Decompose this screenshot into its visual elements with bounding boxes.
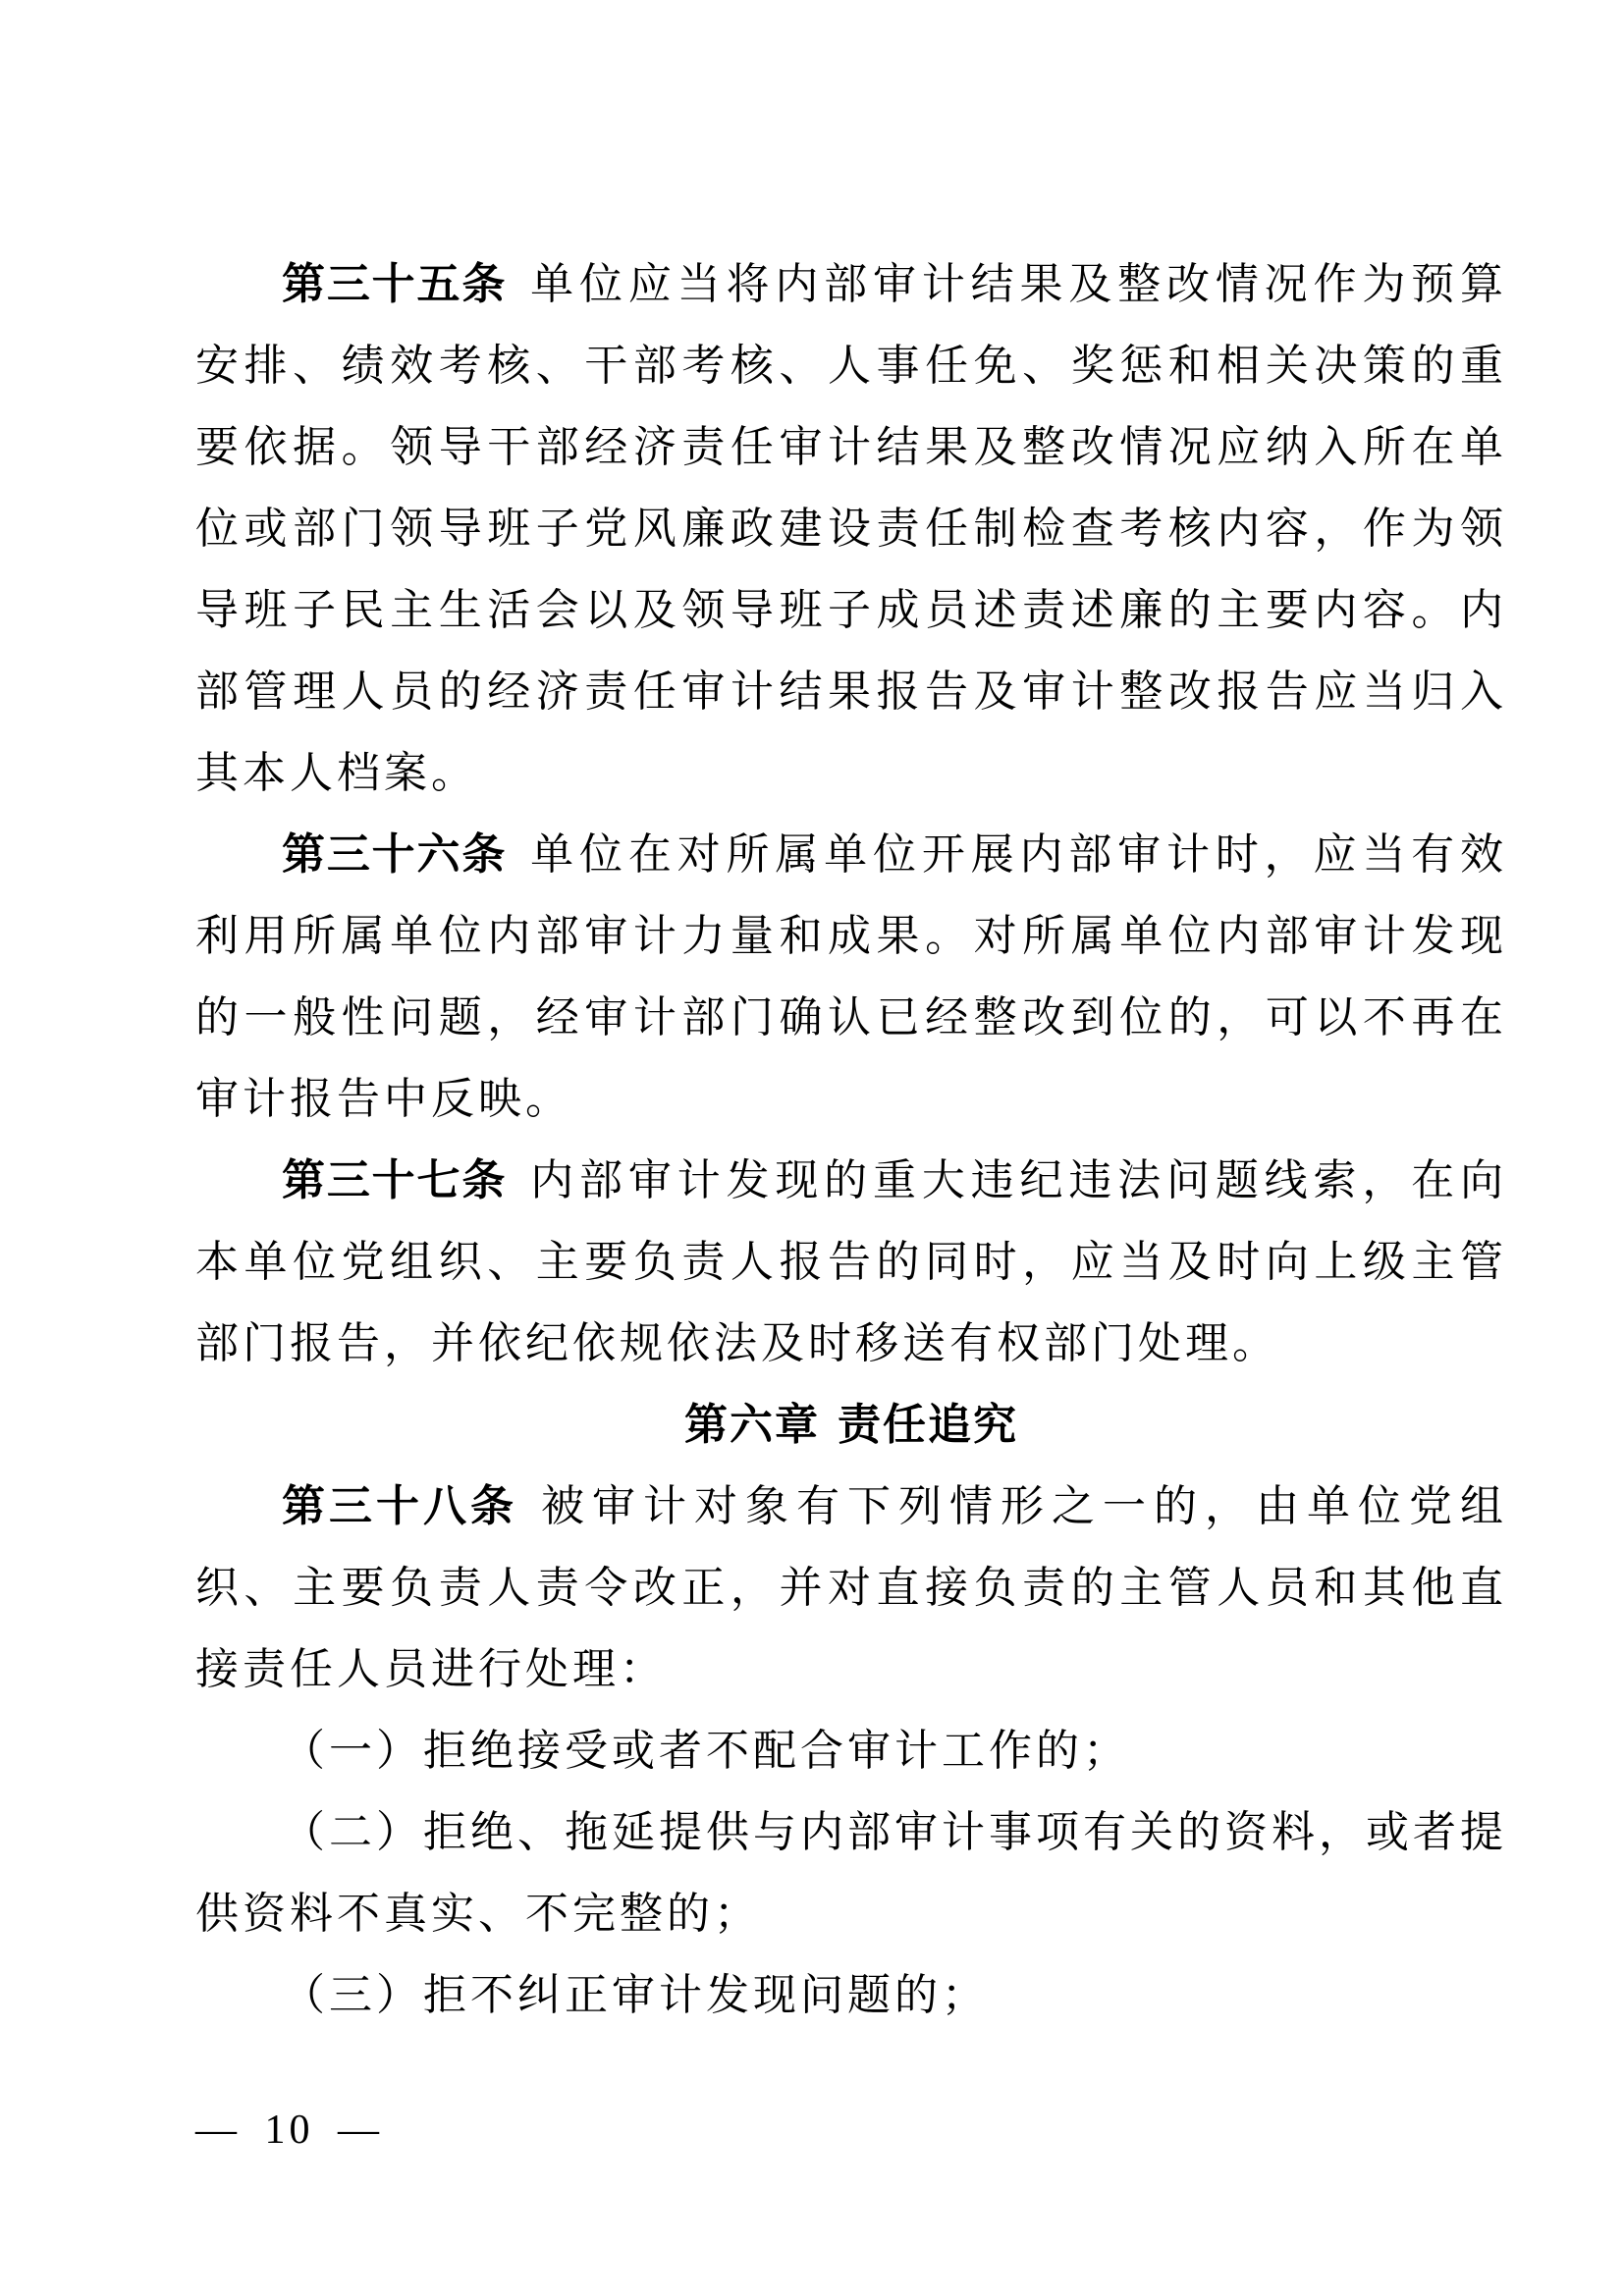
article-37-paragraph: 第三十七条内部审计发现的重大违纪违法问题线索，在向本单位党组织、主要负责人报告的…: [195, 1140, 1507, 1384]
article-35-paragraph: 第三十五条单位应当将内部审计结果及整改情况作为预算安排、绩效考核、干部考核、人事…: [195, 243, 1507, 814]
page-number: — 10 —: [195, 2108, 383, 2153]
article-38-item-3: （三）拒不纠正审计发现问题的；: [195, 1954, 1507, 2036]
article-38-item-2: （二）拒绝、拖延提供与内部审计事项有关的资料，或者提供资料不真实、不完整的；: [195, 1791, 1507, 1954]
article-35-number-label: 第三十五条: [282, 260, 507, 308]
article-37-number-label: 第三十七条: [282, 1156, 507, 1204]
article-36-paragraph: 第三十六条单位在对所属单位开展内部审计时，应当有效利用所属单位内部审计力量和成果…: [195, 814, 1507, 1140]
document-body: 第三十五条单位应当将内部审计结果及整改情况作为预算安排、绩效考核、干部考核、人事…: [195, 243, 1507, 2036]
article-38-paragraph: 第三十八条被审计对象有下列情形之一的，由单位党组织、主要负责人责令改正，并对直接…: [195, 1466, 1507, 1710]
chapter-6-heading: 第六章责任追究: [195, 1384, 1507, 1466]
article-36-number-label: 第三十六条: [282, 830, 507, 879]
chapter-6-title: 责任追究: [838, 1401, 1018, 1449]
article-38-number-label: 第三十八条: [282, 1482, 517, 1530]
article-35-text: 单位应当将内部审计结果及整改情况作为预算安排、绩效考核、干部考核、人事任免、奖惩…: [195, 260, 1507, 797]
article-38-item-1: （一）拒绝接受或者不配合审计工作的；: [195, 1710, 1507, 1791]
chapter-6-number-label: 第六章: [684, 1401, 820, 1449]
page-footer: — 10 —: [195, 2109, 383, 2152]
document-page: 第三十五条单位应当将内部审计结果及整改情况作为预算安排、绩效考核、干部考核、人事…: [0, 0, 1624, 2296]
